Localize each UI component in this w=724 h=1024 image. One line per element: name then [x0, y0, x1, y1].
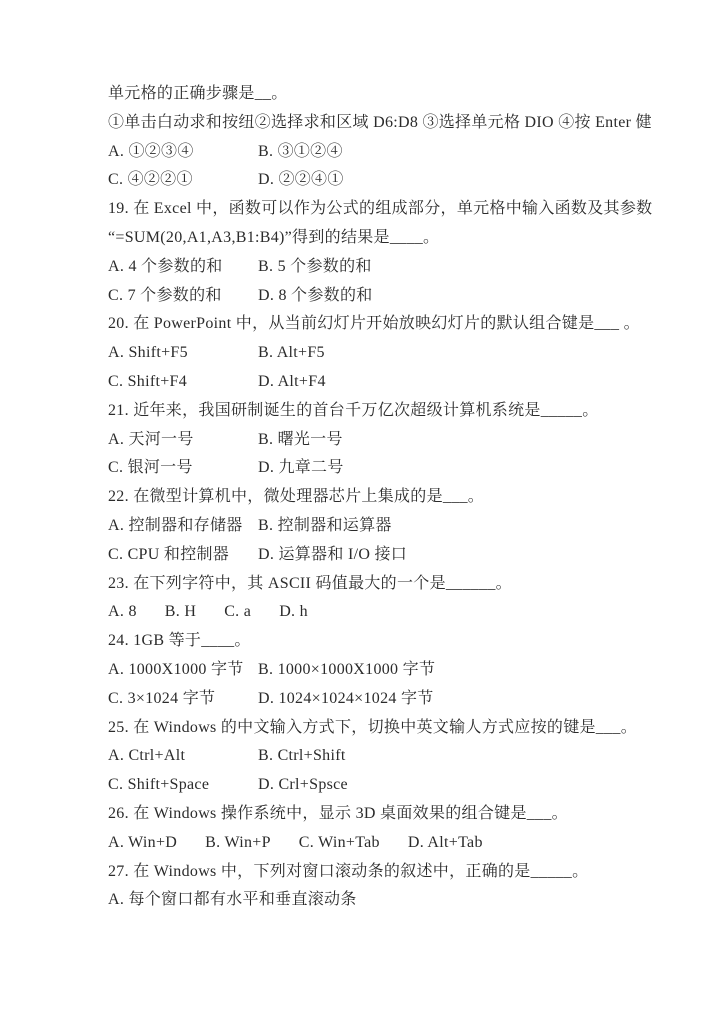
option-label: B. 曙光一号	[258, 426, 343, 455]
option-label: B. H	[165, 598, 196, 627]
question-stem-line: 26. 在 Windows 操作系统中，显示 3D 桌面效果的组合键是___。	[108, 800, 668, 829]
option-label: A. Win+D	[108, 829, 177, 858]
option-label: C. Win+Tab	[299, 829, 380, 858]
option-row: A. Win+DB. Win+PC. Win+TabD. Alt+Tab	[108, 829, 668, 858]
option-label: B. Win+P	[205, 829, 271, 858]
option-row: A. 4 个参数的和B. 5 个参数的和	[108, 253, 668, 282]
option-label: D. 1024×1024×1024 字节	[258, 685, 434, 714]
option-label: C. 银河一号	[108, 454, 254, 483]
option-label: D. Alt+Tab	[408, 829, 483, 858]
option-label: B. Alt+F5	[258, 339, 325, 368]
question-stem-line: 19. 在 Excel 中，函数可以作为公式的组成部分，单元格中输入函数及其参数	[108, 195, 668, 224]
option-label: A. Ctrl+Alt	[108, 742, 254, 771]
option-label: C. a	[224, 598, 251, 627]
option-row: A. ①②③④B. ③①②④	[108, 138, 668, 167]
option-row: C. 7 个参数的和D. 8 个参数的和	[108, 282, 668, 311]
question-stem-line: 24. 1GB 等于____。	[108, 627, 668, 656]
question-stem-line: 27. 在 Windows 中，下列对窗口滚动条的叙述中，正确的是_____。	[108, 858, 668, 887]
option-label: A. ①②③④	[108, 138, 254, 167]
option-row: A. Ctrl+AltB. Ctrl+Shift	[108, 742, 668, 771]
option-label: A. Shift+F5	[108, 339, 254, 368]
question-stem-line: 22. 在微型计算机中，微处理器芯片上集成的是___。	[108, 483, 668, 512]
option-label: A. 4 个参数的和	[108, 253, 254, 282]
option-label: D. 8 个参数的和	[258, 282, 373, 311]
option-row: C. Shift+SpaceD. Crl+Spsce	[108, 771, 668, 800]
question-stem-line: 25. 在 Windows 的中文输入方式下，切换中英文输人方式应按的键是___…	[108, 714, 668, 743]
option-row: A. 8B. HC. aD. h	[108, 598, 668, 627]
option-label: C. 7 个参数的和	[108, 282, 254, 311]
option-label: D. Alt+F4	[258, 368, 326, 397]
option-row: A. 1000X1000 字节B. 1000×1000X1000 字节	[108, 656, 668, 685]
question-stem-line: 20. 在 PowerPoint 中，从当前幻灯片开始放映幻灯片的默认组合键是_…	[108, 310, 668, 339]
option-label: C. Shift+F4	[108, 368, 254, 397]
option-label: C. ④②②①	[108, 166, 254, 195]
option-label: B. ③①②④	[258, 138, 343, 167]
option-row: C. ④②②①D. ②②④①	[108, 166, 668, 195]
option-label: C. CPU 和控制器	[108, 541, 254, 570]
option-label: C. 3×1024 字节	[108, 685, 254, 714]
option-label: D. ②②④①	[258, 166, 344, 195]
option-row: C. 银河一号D. 九章二号	[108, 454, 668, 483]
option-row: C. Shift+F4D. Alt+F4	[108, 368, 668, 397]
option-label: D. Crl+Spsce	[258, 771, 348, 800]
question-stem-line: 21. 近年来，我国研制诞生的首台千万亿次超级计算机系统是_____。	[108, 397, 668, 426]
question-stem-line: A. 每个窗口都有水平和垂直滚动条	[108, 886, 668, 915]
option-row: C. 3×1024 字节D. 1024×1024×1024 字节	[108, 685, 668, 714]
option-label: C. Shift+Space	[108, 771, 254, 800]
option-label: D. h	[279, 598, 308, 627]
option-label: B. 1000×1000X1000 字节	[258, 656, 435, 685]
option-label: B. Ctrl+Shift	[258, 742, 346, 771]
option-label: B. 5 个参数的和	[258, 253, 372, 282]
option-label: A. 8	[108, 598, 137, 627]
option-row: C. CPU 和控制器D. 运算器和 I/O 接口	[108, 541, 668, 570]
option-row: A. 天河一号B. 曙光一号	[108, 426, 668, 455]
option-row: A. 控制器和存储器B. 控制器和运算器	[108, 512, 668, 541]
option-label: A. 控制器和存储器	[108, 512, 254, 541]
option-row: A. Shift+F5B. Alt+F5	[108, 339, 668, 368]
option-label: D. 运算器和 I/O 接口	[258, 541, 407, 570]
exam-document: 单元格的正确步骤是__。①单击白动求和按纽②选择求和区域 D6:D8 ③选择单元…	[108, 80, 668, 915]
question-stem-line: “=SUM(20,A1,A3,B1:B4)”得到的结果是____。	[108, 224, 668, 253]
option-label: A. 1000X1000 字节	[108, 656, 254, 685]
question-stem-line: 单元格的正确步骤是__。	[108, 80, 668, 109]
exam-page: 单元格的正确步骤是__。①单击白动求和按纽②选择求和区域 D6:D8 ③选择单元…	[0, 0, 724, 1024]
option-label: D. 九章二号	[258, 454, 344, 483]
question-stem-line: ①单击白动求和按纽②选择求和区域 D6:D8 ③选择单元格 DIO ④按 Ent…	[108, 109, 668, 138]
option-label: A. 天河一号	[108, 426, 254, 455]
option-label: B. 控制器和运算器	[258, 512, 392, 541]
question-stem-line: 23. 在下列字符中，其 ASCII 码值最大的一个是______。	[108, 570, 668, 599]
